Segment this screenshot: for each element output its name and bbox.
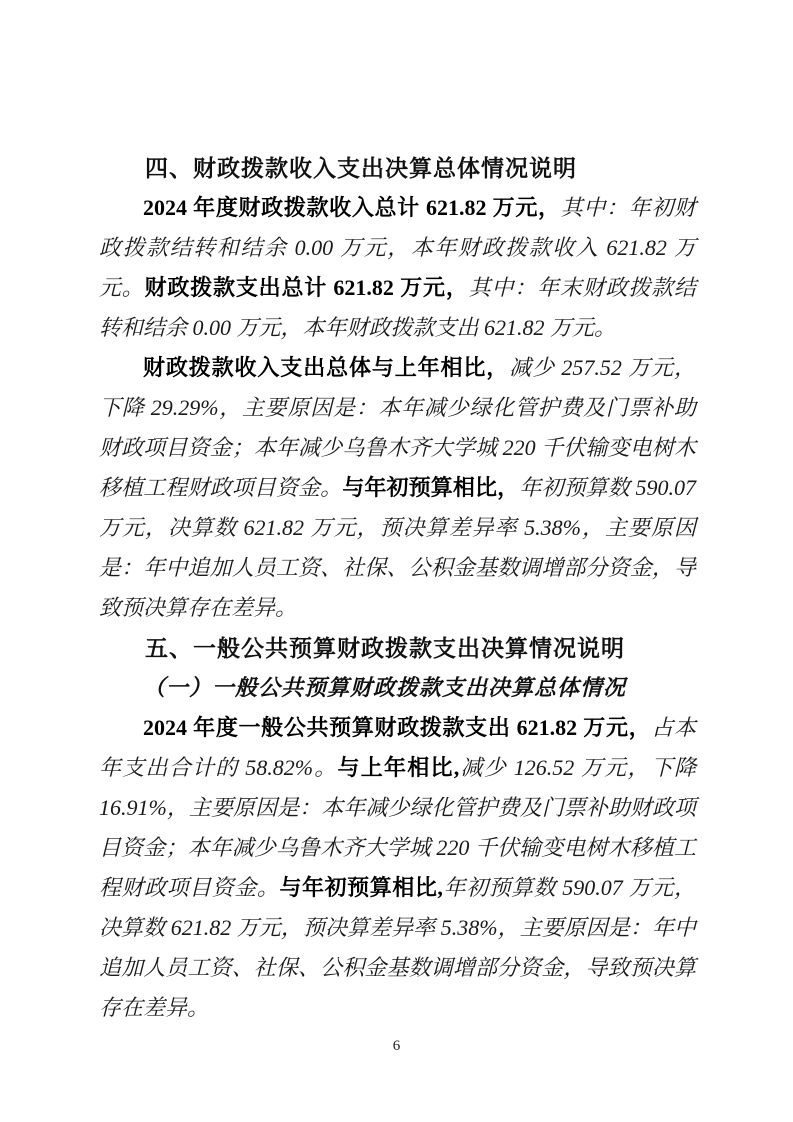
- section-4-heading: 四、财政拨款收入支出决算总体情况说明: [99, 148, 696, 188]
- p1-bold-run-2: 财政拨款支出总计 621.82 万元，: [145, 275, 469, 300]
- section-4-paragraph-2: 财政拨款收入支出总体与上年相比，减少 257.52 万元，下降 29.29%，主…: [99, 348, 696, 628]
- p3-bold-run-2: 与上年相比,: [338, 755, 460, 780]
- p1-bold-run-1: 2024 年度财政拨款收入总计 621.82 万元，: [143, 195, 561, 220]
- section-5-heading: 五、一般公共预算财政拨款支出决算情况说明: [99, 628, 696, 668]
- p3-bold-run-1: 2024 年度一般公共预算财政拨款支出 621.82 万元，: [143, 715, 651, 740]
- section-5-paragraph-1: 2024 年度一般公共预算财政拨款支出 621.82 万元，占本年支出合计的 5…: [99, 708, 696, 1028]
- page-number: 6: [0, 1036, 793, 1056]
- section-5-subheading: （一）一般公共预算财政拨款支出决算总体情况: [99, 668, 696, 708]
- p2-bold-run-2: 与年初预算相比，: [342, 475, 519, 500]
- document-body: 四、财政拨款收入支出决算总体情况说明 2024 年度财政拨款收入总计 621.8…: [99, 148, 696, 1028]
- p2-bold-run-1: 财政拨款收入支出总体与上年相比，: [143, 355, 509, 380]
- document-page: 四、财政拨款收入支出决算总体情况说明 2024 年度财政拨款收入总计 621.8…: [0, 0, 793, 1122]
- section-4-paragraph-1: 2024 年度财政拨款收入总计 621.82 万元，其中：年初财政拨款结转和结余…: [99, 188, 696, 348]
- p3-bold-run-3: 与年初预算相比,: [279, 875, 442, 900]
